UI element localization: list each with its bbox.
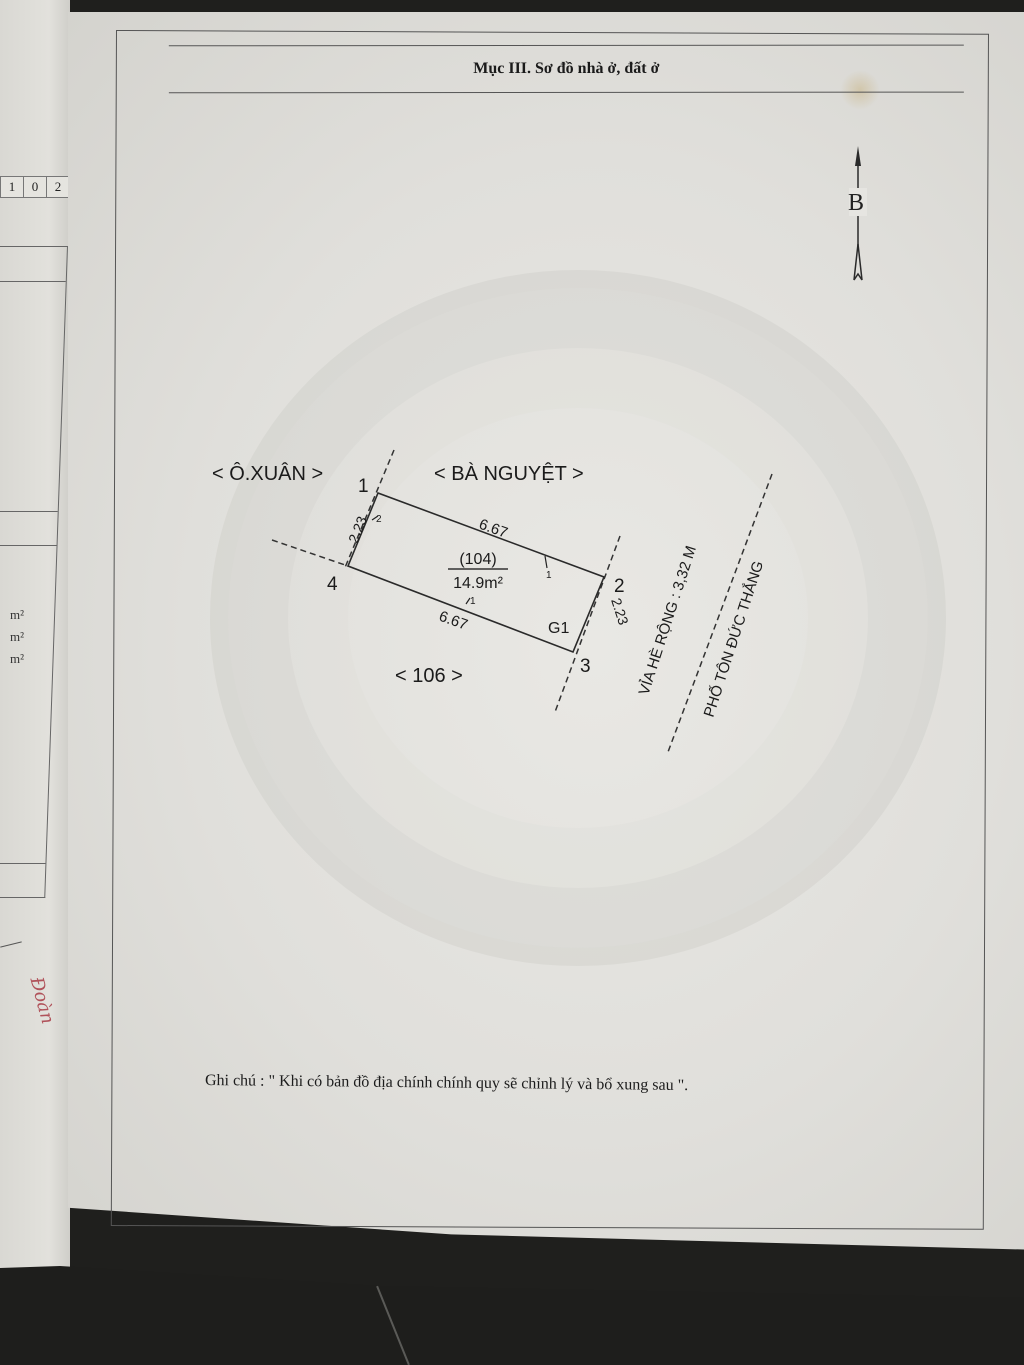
sidewalk-label: VỈA HÈ RỘNG : 3,32 M [636, 544, 700, 698]
corner-1: 1 [358, 476, 369, 497]
neighbor-north-west: < Ô.XUÂN > [212, 462, 323, 485]
corner-4: 4 [327, 574, 338, 595]
edge-top-length: 6.67 [477, 516, 510, 542]
angle-mark: 2 [376, 514, 382, 525]
parcel-diagram: 1 2 3 4 6.67 6.67 2.23 2.23 2 1 1 (104) … [0, 0, 1024, 1365]
edge-right-length: 2.23 [608, 596, 632, 627]
parcel-number: (104) [459, 551, 496, 568]
neighbor-south: < 106 > [395, 665, 463, 687]
marker-label: G1 [548, 620, 569, 637]
angle-mark: 1 [470, 596, 476, 607]
corner-2: 2 [614, 576, 625, 597]
parcel-area: 14.9m² [453, 575, 503, 592]
edge-left-length: 2.23 [345, 514, 370, 545]
edge-bottom-length: 6.67 [437, 608, 470, 634]
street-name: PHỐ TÔN ĐỨC THẮNG [700, 559, 768, 720]
corner-3: 3 [580, 656, 591, 677]
neighbor-north-east: < BÀ NGUYỆT > [434, 462, 584, 485]
angle-mark: 1 [546, 570, 552, 581]
